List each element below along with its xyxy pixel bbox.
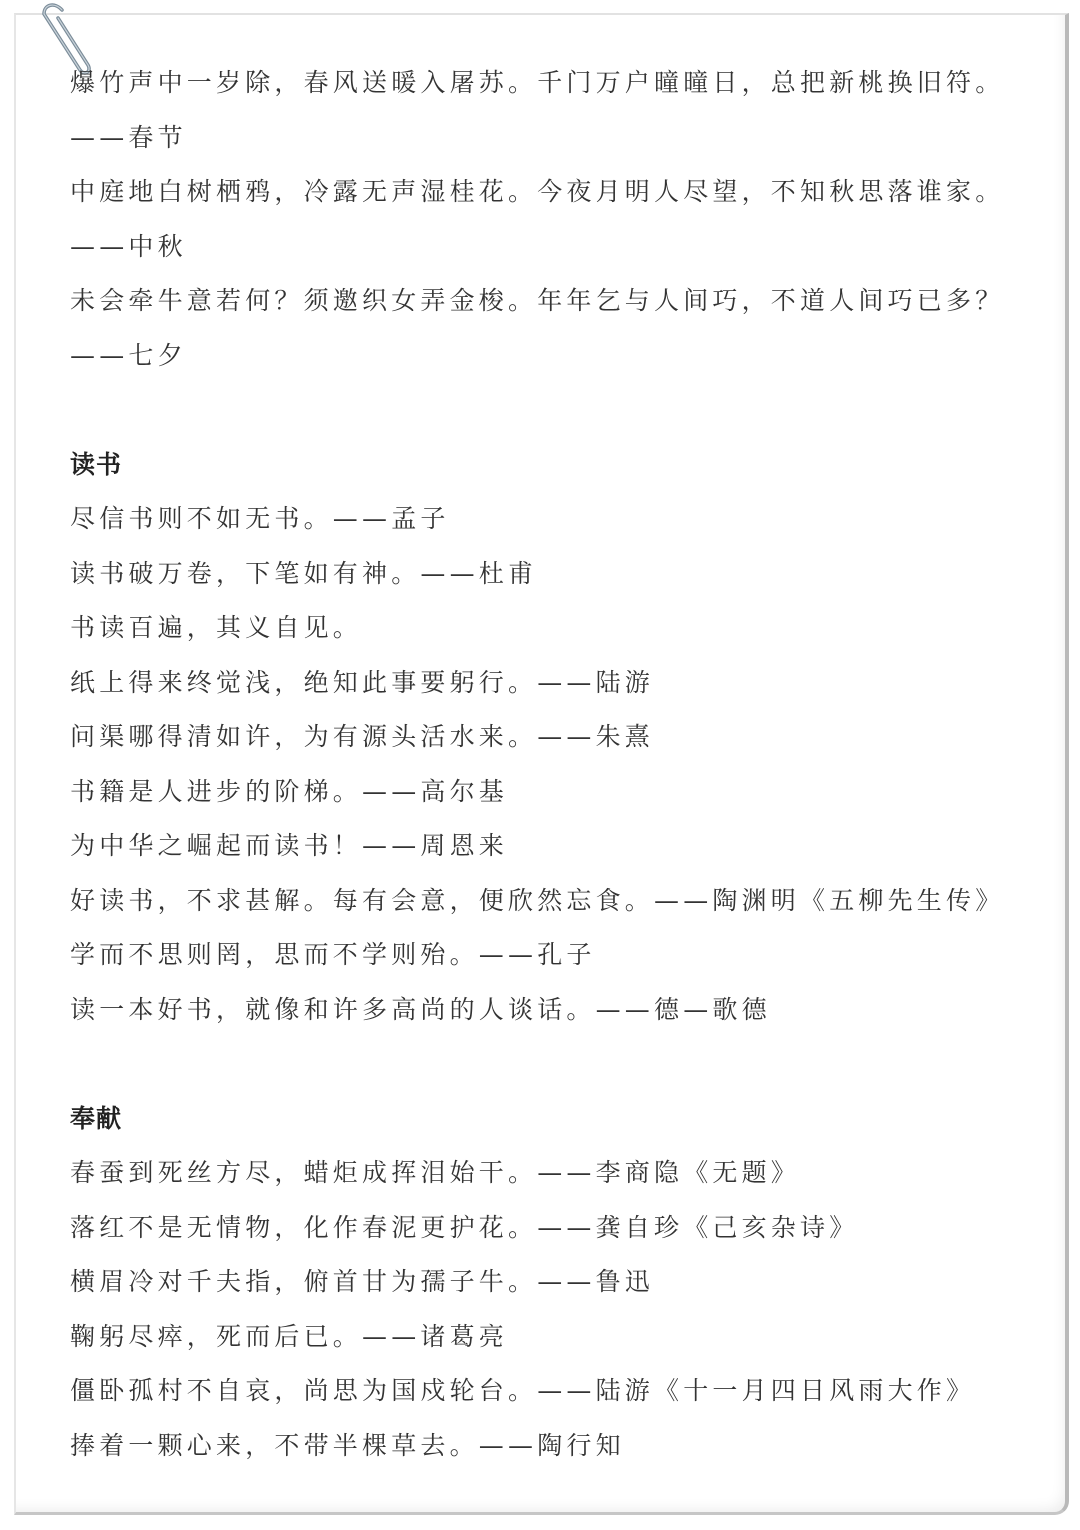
quote-line: 读书破万卷，下笔如有神。——杜甫	[70, 547, 1040, 602]
poem-line: 未会牵牛意若何？须邀织女弄金梭。年年乞与人间巧，不道人间巧已多？——七夕	[70, 274, 1040, 383]
quote-line: 捧着一颗心来，不带半棵草去。——陶行知	[70, 1419, 1040, 1474]
festival-poems: 爆竹声中一岁除，春风送暖入屠苏。千门万户曈曈日，总把新桃换旧符。——春节 中庭地…	[70, 56, 1040, 383]
quote-line: 为中华之崛起而读书！——周恩来	[70, 819, 1040, 874]
quote-line: 书读百遍，其义自见。	[70, 601, 1040, 656]
quote-line: 落红不是无情物，化作春泥更护花。——龚自珍《己亥杂诗》	[70, 1201, 1040, 1256]
quote-line: 读一本好书，就像和许多高尚的人谈话。——德—歌德	[70, 983, 1040, 1038]
section-heading: 奉献	[70, 1092, 1040, 1147]
quote-line: 纸上得来终觉浅，绝知此事要躬行。——陆游	[70, 656, 1040, 711]
quote-line: 鞠躬尽瘁，死而后已。——诸葛亮	[70, 1310, 1040, 1365]
quote-line: 僵卧孤村不自哀，尚思为国戍轮台。——陆游《十一月四日风雨大作》	[70, 1364, 1040, 1419]
quote-line: 学而不思则罔，思而不学则殆。——孔子	[70, 928, 1040, 983]
poem-line: 中庭地白树栖鸦，冷露无声湿桂花。今夜月明人尽望，不知秋思落谁家。——中秋	[70, 165, 1040, 274]
quote-line: 问渠哪得清如许，为有源头活水来。——朱熹	[70, 710, 1040, 765]
section-heading: 读书	[70, 438, 1040, 493]
section-dedication: 奉献 春蚕到死丝方尽，蜡炬成挥泪始干。——李商隐《无题》 落红不是无情物，化作春…	[70, 1092, 1040, 1474]
quote-line: 横眉冷对千夫指，俯首甘为孺子牛。——鲁迅	[70, 1255, 1040, 1310]
quote-line: 尽信书则不如无书。——孟子	[70, 492, 1040, 547]
quote-line: 书籍是人进步的阶梯。——高尔基	[70, 765, 1040, 820]
quote-line: 春蚕到死丝方尽，蜡炬成挥泪始干。——李商隐《无题》	[70, 1146, 1040, 1201]
section-reading: 读书 尽信书则不如无书。——孟子 读书破万卷，下笔如有神。——杜甫 书读百遍，其…	[70, 438, 1040, 1038]
quote-line: 好读书，不求甚解。每有会意，便欣然忘食。——陶渊明《五柳先生传》	[70, 874, 1040, 929]
poem-line: 爆竹声中一岁除，春风送暖入屠苏。千门万户曈曈日，总把新桃换旧符。——春节	[70, 56, 1040, 165]
document-body: 爆竹声中一岁除，春风送暖入屠苏。千门万户曈曈日，总把新桃换旧符。——春节 中庭地…	[70, 56, 1040, 1473]
